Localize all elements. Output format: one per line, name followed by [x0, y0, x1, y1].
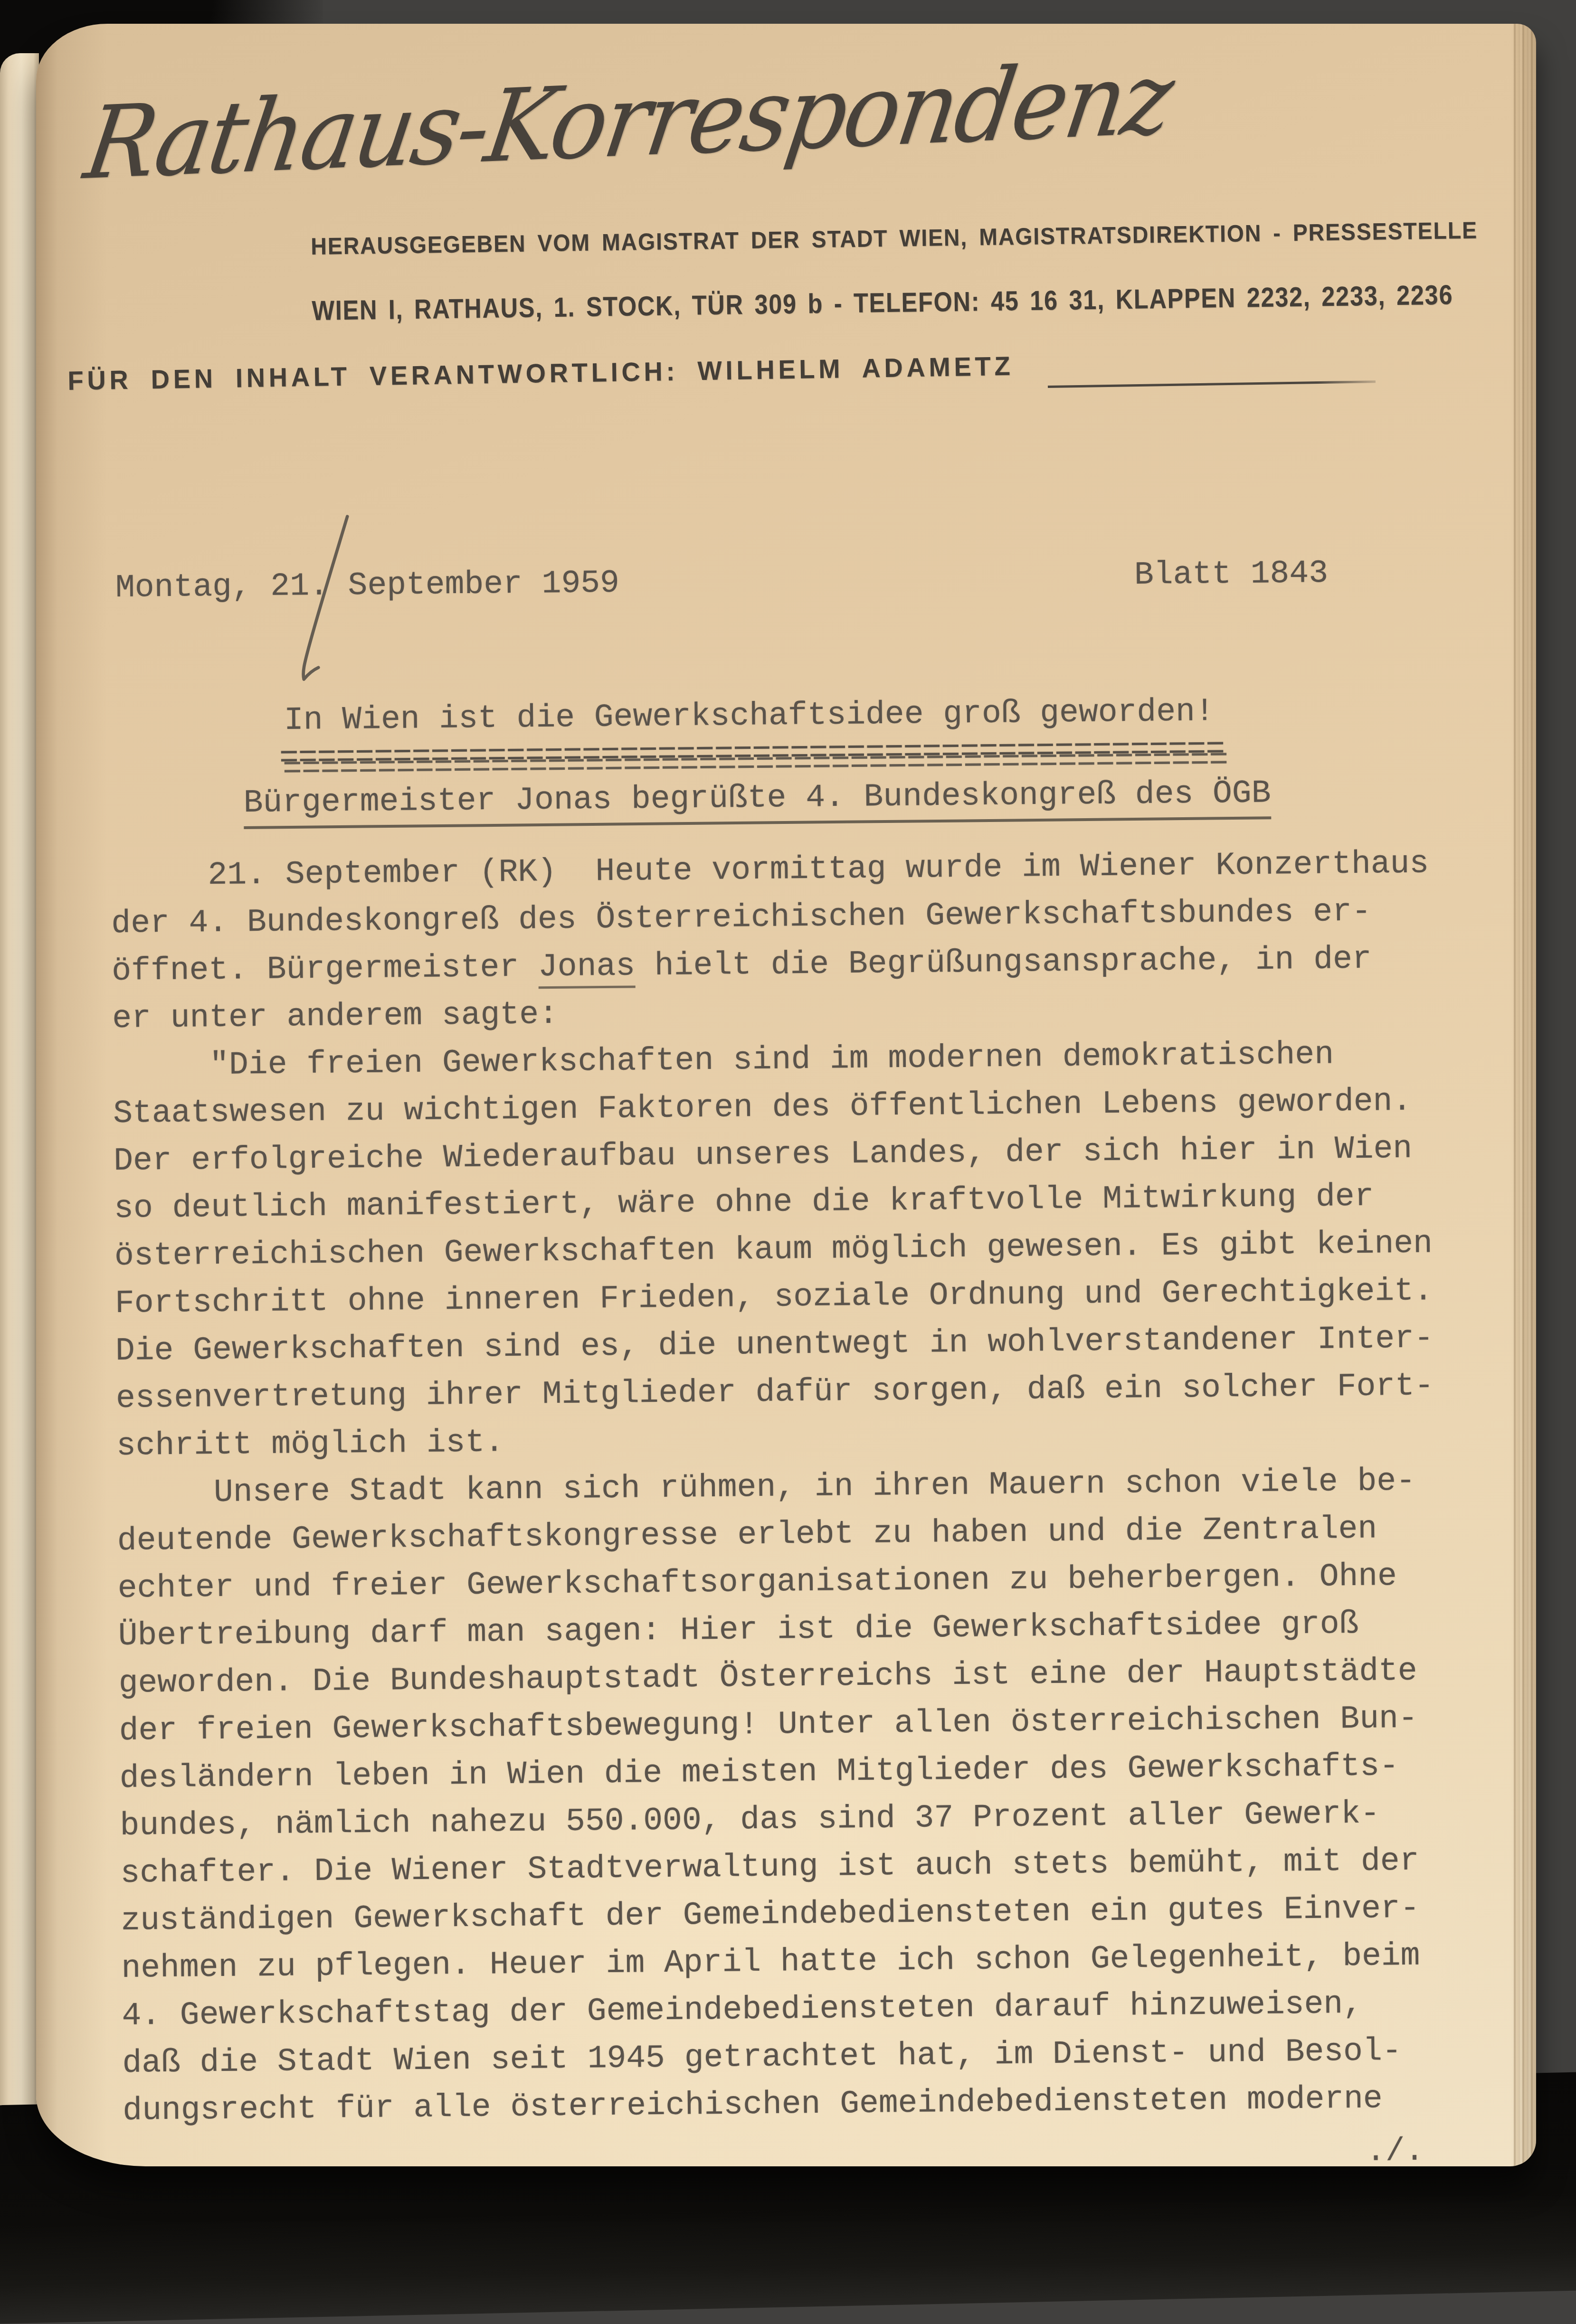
masthead-publisher-line: HERAUSGEGEBEN VOM MAGISTRAT DER STADT WI…	[311, 218, 1478, 258]
sheet-number: Blatt 1843	[1134, 557, 1329, 592]
masthead-address-line: WIEN I, RATHAUS, 1. STOCK, TÜR 309 b - T…	[312, 281, 1453, 325]
masthead-rule	[1048, 380, 1376, 388]
continuation-mark: ./.	[1366, 2135, 1424, 2166]
handwritten-check-mark	[274, 513, 369, 703]
article-subheadline: Bürgermeister Jonas begrüßte 4. Bundesko…	[244, 777, 1272, 829]
paper-page: Rathaus-Korrespondenz HERAUSGEGEBEN VOM …	[36, 24, 1536, 2166]
book-page-edges	[0, 53, 39, 2139]
masthead-responsible-line: FÜR DEN INHALT VERANTWORTLICH: WILHELM A…	[67, 353, 1014, 394]
article-headline: In Wien ist die Gewerkschaftsidee groß g…	[284, 696, 1215, 737]
masthead-logo: Rathaus-Korrespondenz	[78, 40, 1179, 202]
scanned-document: Rathaus-Korrespondenz HERAUSGEGEBEN VOM …	[0, 0, 1576, 2264]
article-body: 21. September (RK) Heute vormittag wurde…	[111, 840, 1529, 2135]
page-content: Rathaus-Korrespondenz HERAUSGEGEBEN VOM …	[36, 24, 1536, 2166]
